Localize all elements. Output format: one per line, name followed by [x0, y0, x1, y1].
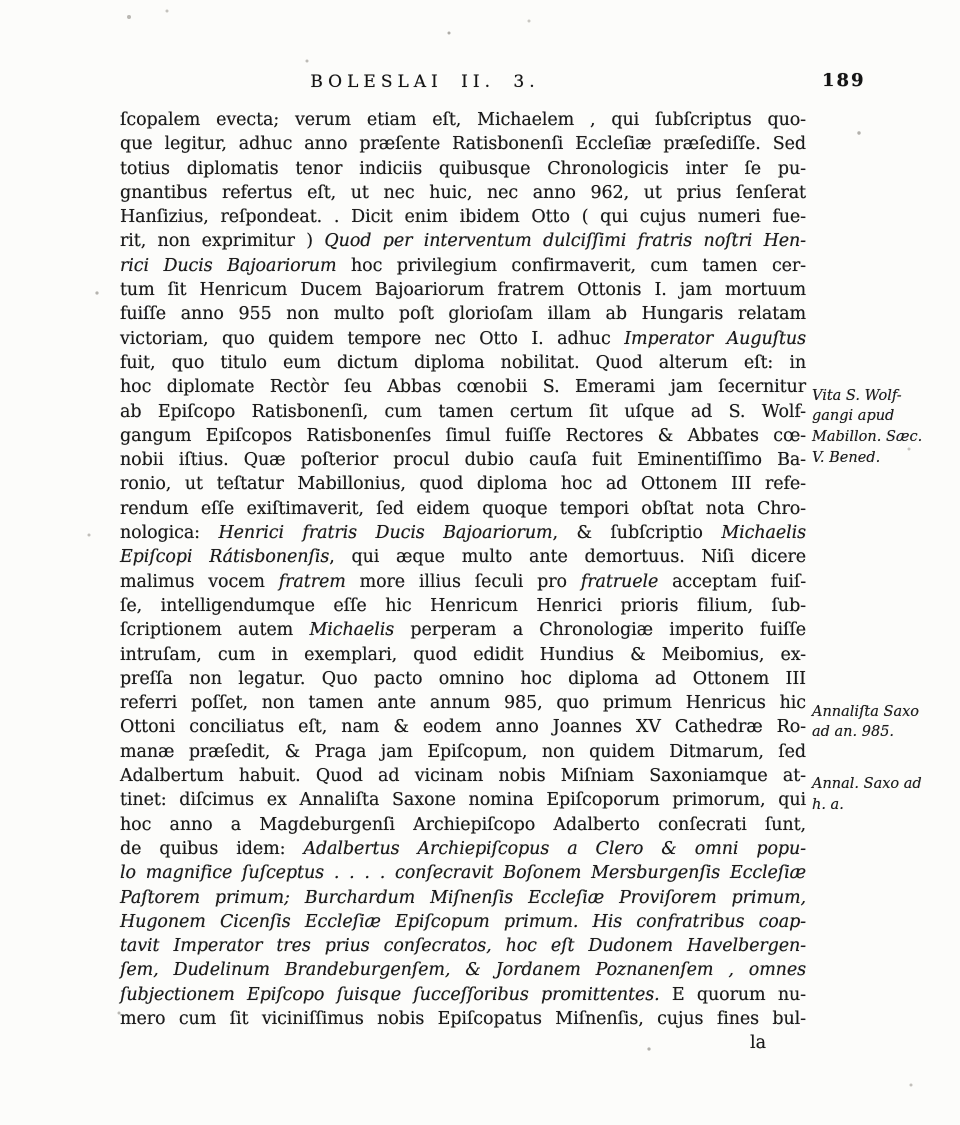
body-text: fuiſſe anno 955 non multo poſt glorioſam… — [120, 304, 806, 324]
body-line: nologica: Henrici fratris Ducis Bajoario… — [120, 521, 806, 545]
body-text: Hanſizius, reſpondeat. . Dicit enim ibid… — [120, 207, 806, 227]
margin-note: Vita S. Wolf-gangi apudMabillon. Sæc.V. … — [812, 386, 958, 469]
body-text: ab Epiſcopo Ratisbonenſi, cum tamen cert… — [120, 402, 806, 422]
text-block: ſcopalem evecta; verum etiam eſt, Michae… — [120, 108, 806, 1056]
body-line: referri poſſet, non tamen ante annum 985… — [120, 691, 806, 715]
body-text-italic: Paſtorem primum; Burchardum Miſnenſis Ec… — [120, 888, 806, 908]
body-line: gangum Epiſcopos Ratisbonenſes ſimul fui… — [120, 424, 806, 448]
body-line: nobii iſtius. Quæ poſterior procul dubio… — [120, 448, 806, 472]
body-line: intruſam, cum in exemplari, quod edidit … — [120, 643, 806, 667]
body-text: que legitur, adhuc anno præſente Ratisbo… — [120, 134, 806, 154]
body-line: ſe, intelligendumque eſſe hic Henricum H… — [120, 594, 806, 618]
body-line: lo magnifice ſuſceptus . . . . conſecrav… — [120, 861, 806, 885]
body-text-italic: rici Ducis Bajoariorum — [120, 256, 336, 276]
body-text-italic: fratrem — [279, 572, 346, 592]
body-text-italic: fratruele — [581, 572, 658, 592]
body-line: ſem, Dudelinum Brandeburgenſem, & Jordan… — [120, 958, 806, 982]
body-text: ſcriptionem autem — [120, 620, 309, 640]
scan-speckles — [0, 0, 2, 2]
book-page: BOLESLAI II. 3. 189 ſcopalem evecta; ver… — [0, 0, 960, 1125]
body-line: Ottoni conciliatus eſt, nam & eodem anno… — [120, 715, 806, 739]
margin-note-line: Annaliſta Saxo — [812, 702, 958, 723]
body-line: rici Ducis Bajoariorum hoc privilegium c… — [120, 254, 806, 278]
body-text: hoc diplomate Rectòr ſeu Abbas cœnobii S… — [120, 377, 806, 397]
body-text: Adalbertum habuit. Quod ad vicinam nobis… — [120, 766, 806, 786]
body-line: ronio, ut teſtatur Mabillonius, quod dip… — [120, 472, 806, 496]
body-line: Hanſizius, reſpondeat. . Dicit enim ibid… — [120, 205, 806, 229]
body-text-italic: Henrici fratris Ducis Bajoariorum — [218, 523, 552, 543]
body-text: intruſam, cum in exemplari, quod edidit … — [120, 645, 806, 665]
margin-note: Annal. Saxo adh. a. — [812, 774, 958, 816]
body-text: more illius ſeculi pro — [346, 572, 581, 592]
body-text: perperam a Chronologiæ imperito fuiſſe — [394, 620, 806, 640]
body-line: fuiſſe anno 955 non multo poſt glorioſam… — [120, 302, 806, 326]
body-text: ſe, intelligendumque eſſe hic Henricum H… — [120, 596, 806, 616]
body-text-italic: Imperator Auguſtus — [624, 329, 806, 349]
body-line: tavit Imperator tres prius conſecratos, … — [120, 934, 806, 958]
body-text: nobii iſtius. Quæ poſterior procul dubio… — [120, 450, 806, 470]
body-line: ſcopalem evecta; verum etiam eſt, Michae… — [120, 108, 806, 132]
body-text: hoc anno a Magdeburgenſi Archiepiſcopo A… — [120, 815, 806, 835]
margin-note-line: h. a. — [812, 795, 958, 816]
body-text-italic: Epiſcopi Rátisbonenſis — [120, 547, 329, 567]
catchword: la — [120, 1031, 806, 1055]
body-text-italic: lo magnifice ſuſceptus . . . . conſecrav… — [120, 863, 806, 883]
body-line: Adalbertum habuit. Quod ad vicinam nobis… — [120, 764, 806, 788]
body-text-italic: Adalbertus Archiepiſcopus a Clero & omni… — [303, 839, 806, 859]
body-text: tum ſit Henricum Ducem Bajoariorum fratr… — [120, 280, 806, 300]
body-text: gnantibus refertus eſt, ut nec huic, nec… — [120, 183, 806, 203]
body-line: hoc diplomate Rectòr ſeu Abbas cœnobii S… — [120, 375, 806, 399]
margin-notes-column: Vita S. Wolf-gangi apudMabillon. Sæc.V. … — [812, 0, 958, 1125]
body-text: totius diplomatis tenor indiciis quibusq… — [120, 159, 806, 179]
body-line: Hugonem Cicenſis Eccleſiæ Epiſcopum prim… — [120, 910, 806, 934]
margin-note-line: V. Bened. — [812, 448, 958, 469]
body-text: ſcopalem evecta; verum etiam eſt, Michae… — [120, 110, 806, 130]
body-line: Epiſcopi Rátisbonenſis, qui æque multo a… — [120, 545, 806, 569]
body-text: de quibus idem: — [120, 839, 303, 859]
body-line: preſſa non legatur. Quo pacto omnino hoc… — [120, 667, 806, 691]
running-header-title: BOLESLAI II. 3. — [120, 72, 730, 92]
body-line: totius diplomatis tenor indiciis quibusq… — [120, 157, 806, 181]
body-text-italic: Quod per interventum dulciſſimi fratris … — [324, 231, 806, 251]
body-text: hoc privilegium confirmaverit, cum tamen… — [336, 256, 806, 276]
body-line: Paſtorem primum; Burchardum Miſnenſis Ec… — [120, 886, 806, 910]
body-line: gnantibus refertus eſt, ut nec huic, nec… — [120, 181, 806, 205]
body-text: victoriam, quo quidem tempore nec Otto I… — [120, 329, 624, 349]
body-text: referri poſſet, non tamen ante annum 985… — [120, 693, 806, 713]
body-line: mero cum ſit viciniſſimus nobis Epiſcopa… — [120, 1007, 806, 1031]
body-line: ſcriptionem autem Michaelis perperam a C… — [120, 618, 806, 642]
margin-note-line: gangi apud — [812, 406, 958, 427]
body-line: hoc anno a Magdeburgenſi Archiepiſcopo A… — [120, 813, 806, 837]
body-text: nologica: — [120, 523, 218, 543]
body-line: tinet: diſcimus ex Annaliſta Saxone nomi… — [120, 788, 806, 812]
margin-note-line: Mabillon. Sæc. — [812, 427, 958, 448]
body-text-italic: Hugonem Cicenſis Eccleſiæ Epiſcopum prim… — [120, 912, 806, 932]
body-text: manæ præſedit, & Praga jam Epiſcopum, no… — [120, 742, 806, 762]
body-text: rendum eſſe exiſtimaverit, ſed eidem quo… — [120, 499, 806, 519]
body-text: E quorum nu- — [660, 985, 806, 1005]
body-text-italic: Michaelis — [309, 620, 394, 640]
margin-note-line: Vita S. Wolf- — [812, 386, 958, 407]
body-line: ab Epiſcopo Ratisbonenſi, cum tamen cert… — [120, 400, 806, 424]
body-text: Ottoni conciliatus eſt, nam & eodem anno… — [120, 717, 806, 737]
body-text: rit, non exprimitur ) — [120, 231, 324, 251]
body-text: preſſa non legatur. Quo pacto omnino hoc… — [120, 669, 806, 689]
body-line: que legitur, adhuc anno præſente Ratisbo… — [120, 132, 806, 156]
body-text: tinet: diſcimus ex Annaliſta Saxone nomi… — [120, 790, 806, 810]
body-line: tum ſit Henricum Ducem Bajoariorum fratr… — [120, 278, 806, 302]
body-text: , qui æque multo ante demortuus. Niſi di… — [329, 547, 806, 567]
body-text: , & ſubſcriptio — [553, 523, 722, 543]
body-text-italic: ſubjectionem Epiſcopo ſuisque ſucceſſori… — [120, 985, 660, 1005]
body-text: fuit, quo titulo eum dictum diploma nobi… — [120, 353, 806, 373]
body-line: malimus vocem fratrem more illius ſeculi… — [120, 570, 806, 594]
body-line: rit, non exprimitur ) Quod per intervent… — [120, 229, 806, 253]
margin-note: Annaliſta Saxoad an. 985. — [812, 702, 958, 744]
body-line: de quibus idem: Adalbertus Archiepiſcopu… — [120, 837, 806, 861]
body-text: malimus vocem — [120, 572, 279, 592]
body-text: gangum Epiſcopos Ratisbonenſes ſimul fui… — [120, 426, 806, 446]
margin-note-line: Annal. Saxo ad — [812, 774, 958, 795]
body-text: ronio, ut teſtatur Mabillonius, quod dip… — [120, 474, 806, 494]
body-line: ſubjectionem Epiſcopo ſuisque ſucceſſori… — [120, 983, 806, 1007]
body-text: acceptam fuiſ- — [658, 572, 806, 592]
body-line: fuit, quo titulo eum dictum diploma nobi… — [120, 351, 806, 375]
body-text-italic: ſem, Dudelinum Brandeburgenſem, & Jordan… — [120, 960, 806, 980]
body-text-italic: Michaelis — [721, 523, 806, 543]
body-text-italic: tavit Imperator tres prius conſecratos, … — [120, 936, 806, 956]
margin-note-line: ad an. 985. — [812, 722, 958, 743]
body-line: victoriam, quo quidem tempore nec Otto I… — [120, 327, 806, 351]
body-line: rendum eſſe exiſtimaverit, ſed eidem quo… — [120, 497, 806, 521]
body-line: manæ præſedit, & Praga jam Epiſcopum, no… — [120, 740, 806, 764]
body-text: mero cum ſit viciniſſimus nobis Epiſcopa… — [120, 1009, 806, 1029]
